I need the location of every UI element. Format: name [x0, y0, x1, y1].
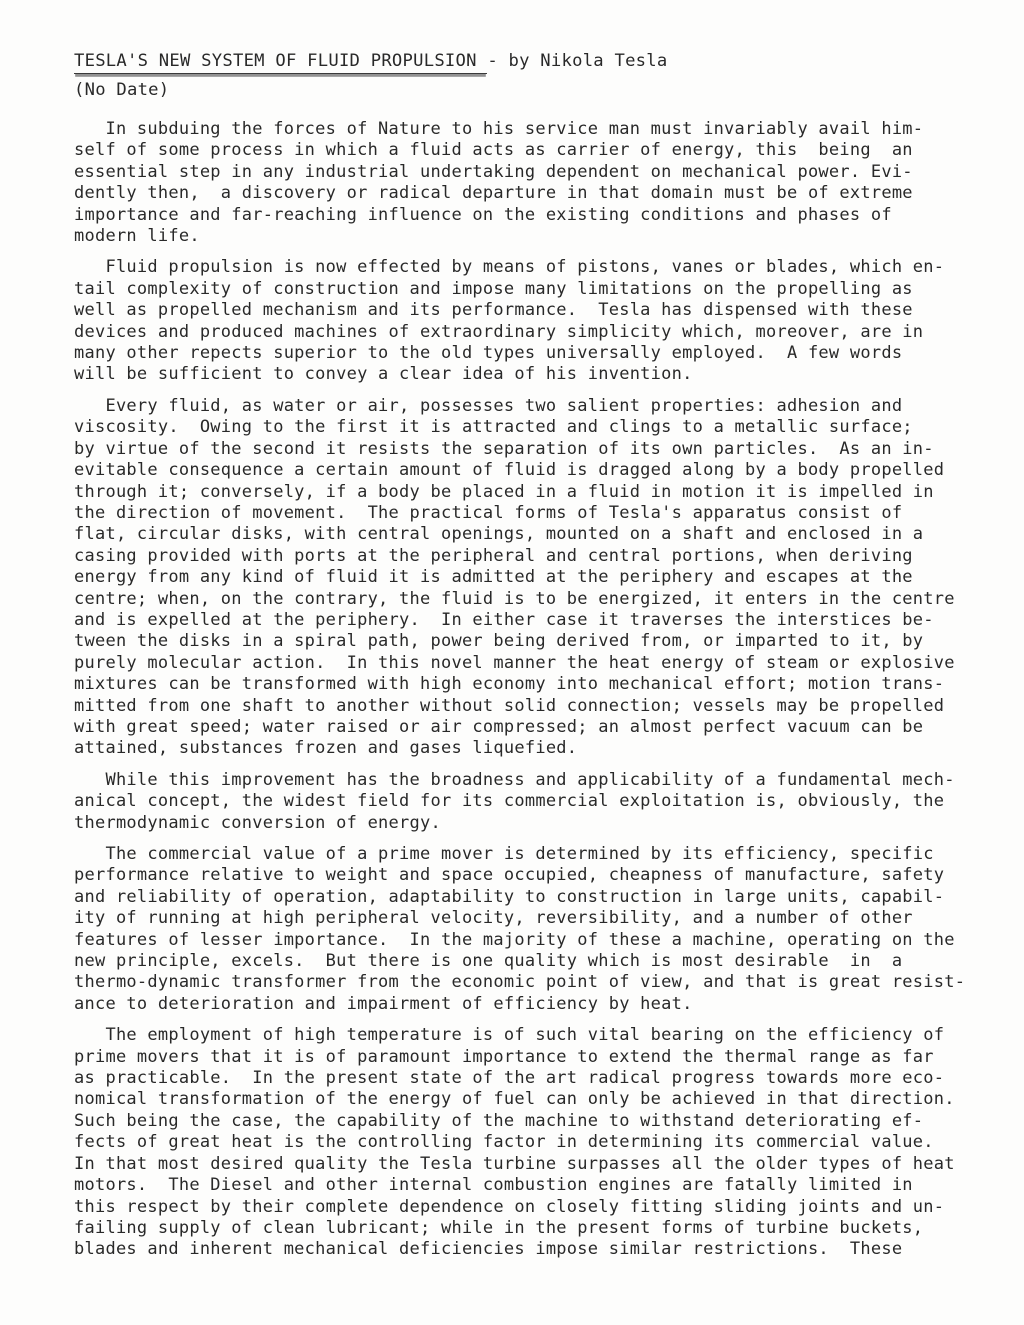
paragraph-1: In subduing the forces of Nature to his … [74, 119, 984, 247]
document-title-line: TESLA'S NEW SYSTEM OF FLUID PROPULSION -… [74, 50, 984, 72]
paragraph-3: Every fluid, as water or air, possesses … [74, 396, 984, 760]
date-note: (No Date) [74, 79, 984, 101]
paragraph-6: The employment of high temperature is of… [74, 1025, 984, 1260]
document-title: TESLA'S NEW SYSTEM OF FLUID PROPULSION [74, 51, 487, 74]
document-page: TESLA'S NEW SYSTEM OF FLUID PROPULSION -… [0, 0, 1024, 1325]
paragraph-5: The commercial value of a prime mover is… [74, 844, 984, 1015]
document-byline: - by Nikola Tesla [487, 51, 667, 71]
document-body: In subduing the forces of Nature to his … [74, 119, 984, 1261]
paragraph-2: Fluid propulsion is now effected by mean… [74, 257, 984, 385]
paragraph-4: While this improvement has the broadness… [74, 770, 984, 834]
